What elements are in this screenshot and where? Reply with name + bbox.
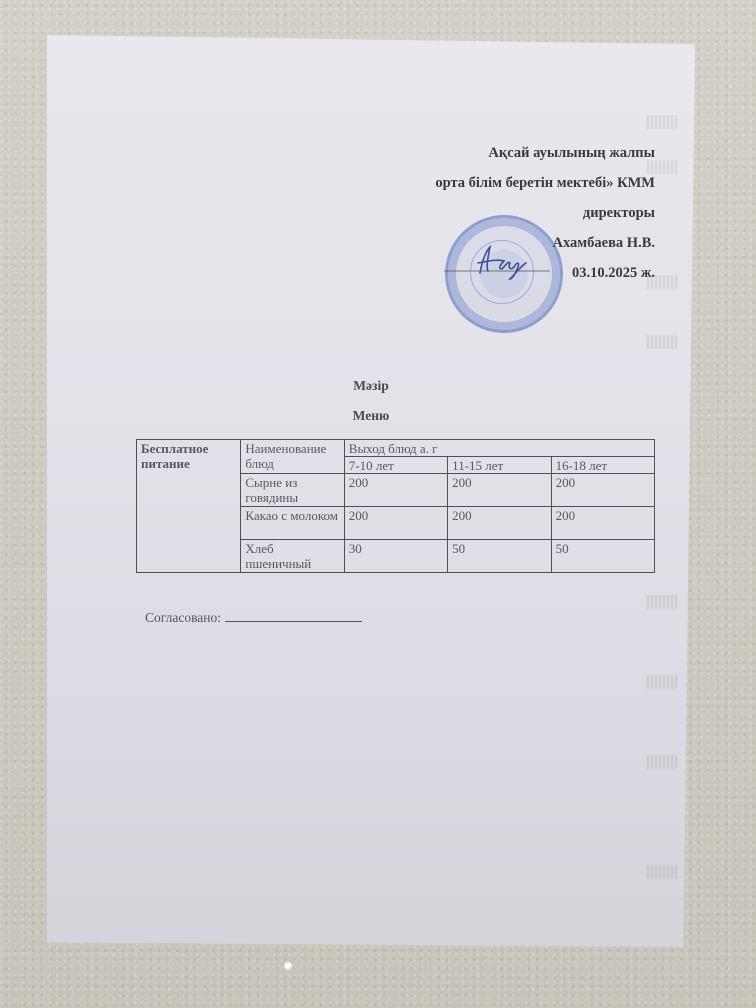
title-russian: Меню: [47, 408, 695, 424]
category-cell: Бесплатное питание: [137, 440, 241, 573]
portion-value: 200: [344, 507, 447, 540]
portion-value: 200: [448, 507, 551, 540]
print-bleed-mark: [647, 595, 677, 609]
menu-sheet: Ақсай ауылының жалпы орта білім беретін …: [47, 35, 695, 947]
school-name-line-2: орта білім беретін мектебі» КММ: [435, 168, 655, 198]
table-header-row: Бесплатное питание Наименование блюд Вых…: [137, 440, 655, 457]
approval-signature-line: Согласовано:: [145, 610, 362, 626]
print-bleed-mark: [647, 755, 677, 769]
portion-value: 200: [551, 507, 654, 540]
portion-value: 50: [551, 540, 654, 573]
approval-header: Ақсай ауылының жалпы орта білім беретін …: [435, 138, 655, 288]
director-title: директоры: [435, 198, 655, 228]
age-group-header: 16-18 лет: [551, 457, 654, 474]
approved-label: Согласовано:: [145, 610, 221, 625]
approval-date: 03.10.2025 ж.: [435, 258, 655, 288]
age-group-header: 7-10 лет: [344, 457, 447, 474]
director-name: Ахамбаева Н.В.: [435, 228, 655, 258]
output-header: Выход блюд а. г: [344, 440, 654, 457]
print-bleed-mark: [647, 865, 677, 879]
portion-value: 200: [551, 474, 654, 507]
print-bleed-mark: [647, 675, 677, 689]
print-bleed-mark: [647, 115, 677, 129]
portion-value: 200: [344, 474, 447, 507]
portion-value: 50: [448, 540, 551, 573]
dish-header: Наименование блюд: [241, 440, 344, 474]
menu-table: Бесплатное питание Наименование блюд Вых…: [136, 439, 655, 573]
dish-name: Какао с молоком: [241, 507, 344, 540]
wall-nail: [284, 962, 293, 971]
signature-blank: [225, 611, 362, 622]
portion-value: 200: [448, 474, 551, 507]
title-kazakh: Мәзір: [47, 378, 695, 394]
dish-name: Сырне из говядины: [241, 474, 344, 507]
age-group-header: 11-15 лет: [448, 457, 551, 474]
portion-value: 30: [344, 540, 447, 573]
print-bleed-mark: [647, 335, 677, 349]
dish-name: Хлеб пшеничный: [241, 540, 344, 573]
school-name-line-1: Ақсай ауылының жалпы: [435, 138, 655, 168]
